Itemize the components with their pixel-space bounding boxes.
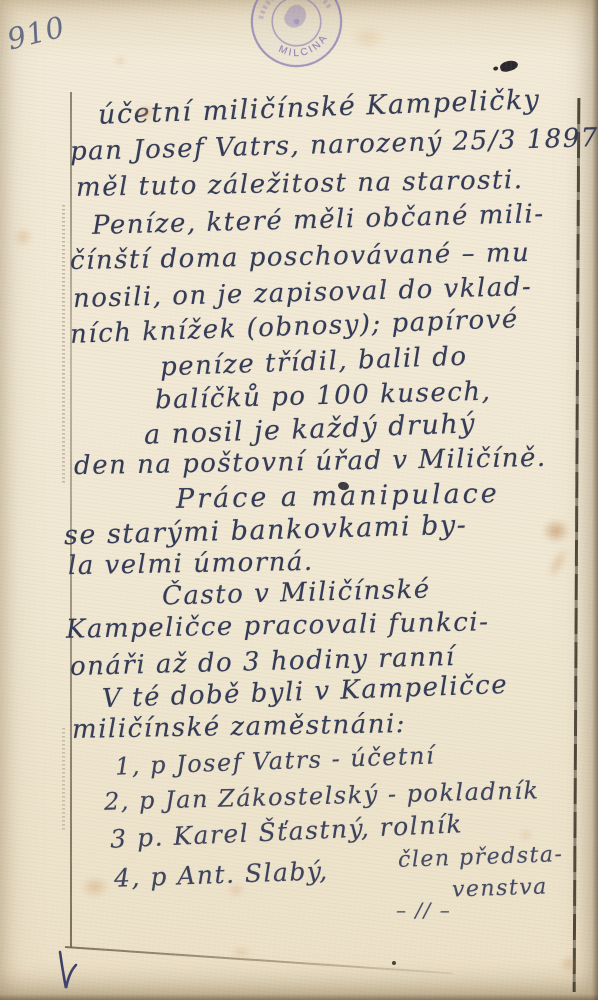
- fox-stain: [556, 952, 582, 976]
- fox-stain: [112, 54, 128, 68]
- manuscript-line: la velmi úmorná.: [68, 547, 314, 581]
- fox-stain: [538, 538, 577, 588]
- fox-stain: [538, 515, 574, 547]
- scan-edge-shadow: [0, 994, 598, 1000]
- fox-stain: [10, 224, 36, 250]
- check-mark: [56, 950, 80, 994]
- ink-blot: [499, 59, 519, 73]
- margin-microtext: [62, 728, 65, 832]
- fox-stain: [516, 826, 536, 844]
- manuscript-line: pan Josef Vatrs, narozený 25/3 1897: [70, 123, 598, 167]
- manuscript-page-scan: 910 MILCINA účetní miličínské Kampeličky…: [0, 0, 598, 1000]
- right-margin-rule: [573, 98, 580, 992]
- archive-stamp: MILCINA: [242, 0, 352, 76]
- manuscript-line: čínští doma poschovávané – mu: [70, 238, 531, 276]
- manuscript-line: účetní miličínské Kampeličky: [98, 84, 541, 130]
- page-number: 910: [4, 9, 69, 56]
- ink-dot: [392, 961, 396, 965]
- manuscript-line: měl tuto záležitost na starosti.: [76, 165, 524, 203]
- fox-stain: [346, 22, 390, 54]
- margin-microtext: [62, 205, 65, 485]
- manuscript-line: se starými bankovkami by-: [64, 510, 468, 552]
- manuscript-line: peníze třídil, balil do: [160, 342, 468, 383]
- manuscript-line: miličínské zaměstnáni:: [72, 709, 407, 745]
- manuscript-line: Často v Miličínské: [162, 574, 431, 611]
- manuscript-list-item: 1, p Josef Vatrs - účetní: [115, 741, 436, 780]
- manuscript-annotation: venstva: [452, 874, 549, 902]
- manuscript-annotation: člen předsta-: [398, 842, 564, 873]
- fox-stain: [76, 872, 114, 902]
- manuscript-line: Peníze, které měli občané mili-: [92, 199, 545, 241]
- manuscript-list-item: 2, p Jan Zákostelský - pokladník: [104, 776, 540, 815]
- manuscript-list-item: 4, p Ant. Slabý,: [114, 856, 330, 892]
- ditto-mark: – // –: [396, 898, 451, 922]
- scan-edge-shadow: [592, 0, 598, 1000]
- manuscript-line: Kampeličce pracovali funkci-: [66, 607, 490, 644]
